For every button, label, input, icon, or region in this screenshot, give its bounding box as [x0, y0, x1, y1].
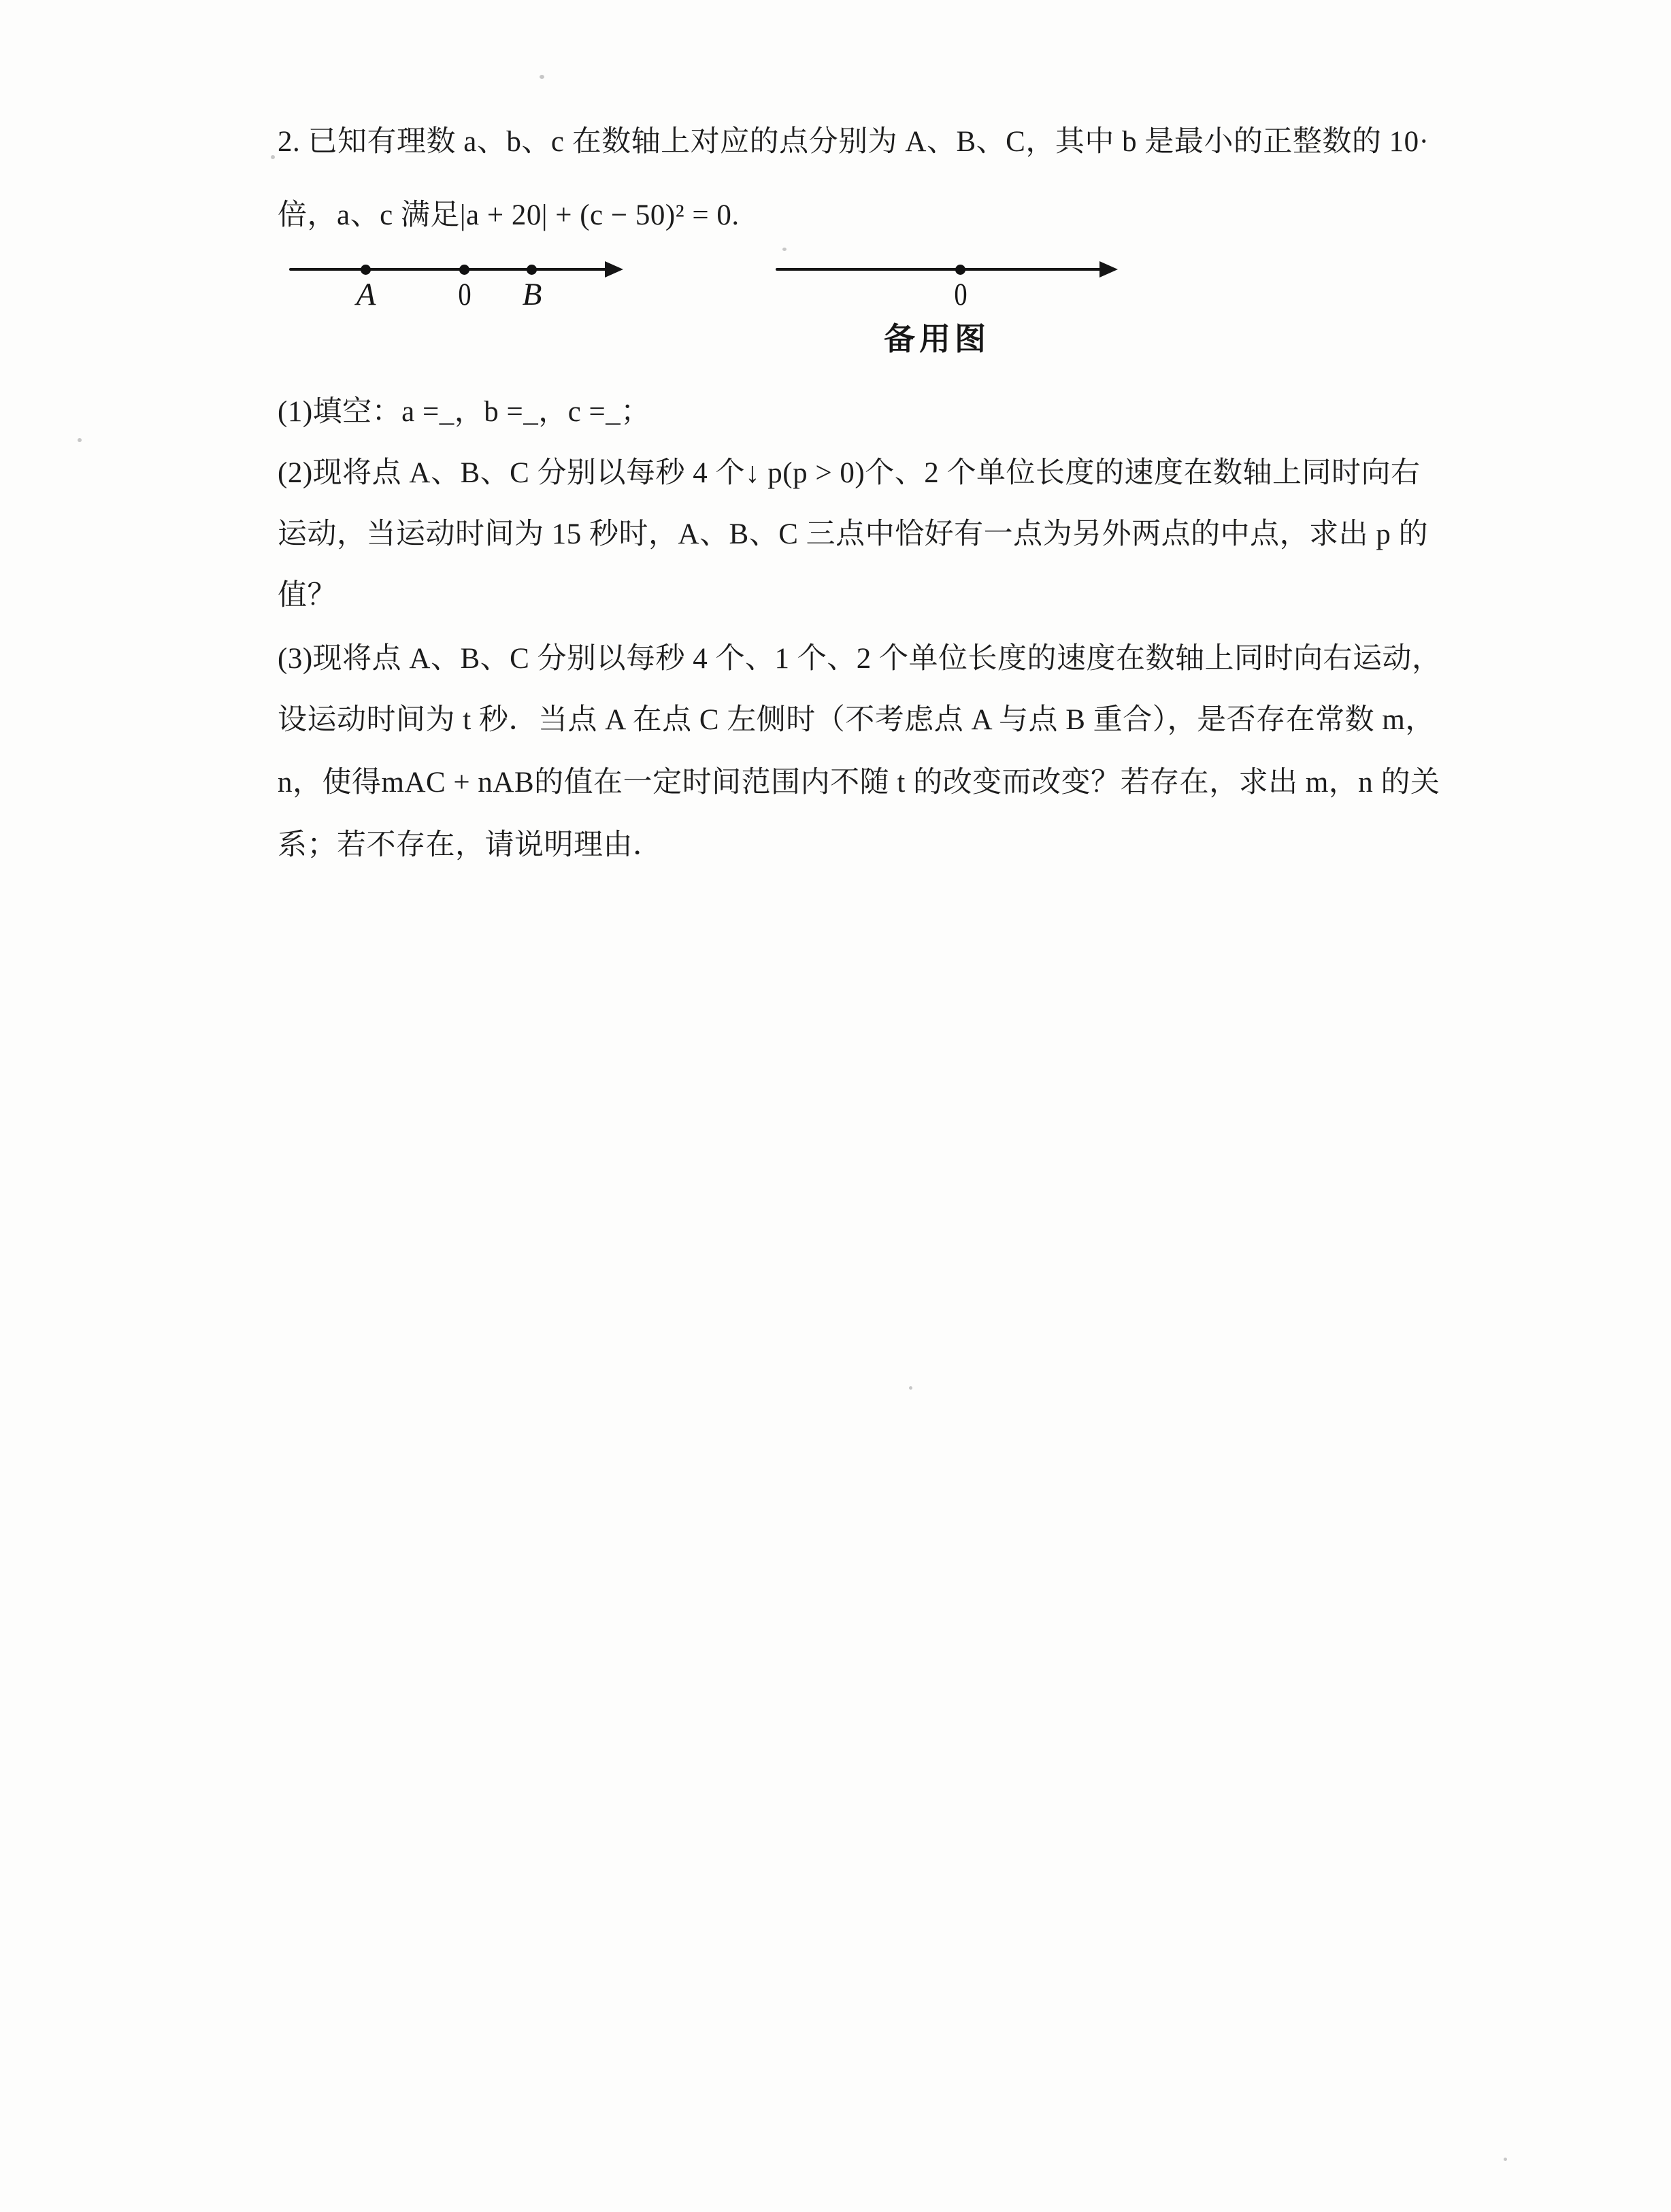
problem-intro-line-1: 2. 已知有理数 a、b、c 在数轴上对应的点分别为 A、B、C，其中 b 是最… — [278, 121, 1475, 163]
scan-speck — [540, 75, 544, 79]
part2-line-3: 值？ — [278, 575, 1475, 617]
problem-intro-line-2: 倍，a、c 满足|a + 20| + (c − 50)² = 0. — [278, 195, 1475, 237]
spare-axis-arrowhead-icon — [1099, 261, 1118, 278]
scan-speck — [271, 155, 275, 159]
point-marker-b — [527, 265, 537, 275]
scan-speck — [909, 1386, 912, 1390]
point-marker-a — [361, 265, 371, 275]
point-label-b: B — [512, 278, 552, 312]
scanned-page: 2. 已知有理数 a、b、c 在数轴上对应的点分别为 A、B、C，其中 b 是最… — [0, 0, 1671, 2212]
origin-label-spare: 0 — [944, 278, 977, 312]
point-marker-origin — [459, 265, 469, 275]
origin-label-main: 0 — [448, 278, 481, 312]
spare-point-marker-origin — [955, 265, 965, 275]
part1-line: (1)填空：a =_，b =_，c =_； — [278, 391, 1475, 433]
part2-line-1: (2)现将点 A、B、C 分别以每秒 4 个↓ p(p > 0)个、2 个单位长… — [278, 452, 1475, 495]
main-axis-line — [289, 268, 608, 271]
spare-figure-caption: 备用图 — [859, 314, 1015, 359]
part3-line-4: 系；若不存在，请说明理由． — [278, 824, 1475, 867]
main-axis-arrowhead-icon — [605, 261, 623, 278]
scan-speck — [78, 438, 82, 442]
part3-line-2: 设运动时间为 t 秒．当点 A 在点 C 左侧时（不考虑点 A 与点 B 重合）… — [278, 699, 1475, 741]
part2-line-2: 运动，当运动时间为 15 秒时，A、B、C 三点中恰好有一点为另外两点的中点，求… — [278, 514, 1475, 556]
point-label-a: A — [346, 278, 386, 312]
scan-speck — [1504, 2158, 1507, 2161]
part3-line-1: (3)现将点 A、B、C 分别以每秒 4 个、1 个、2 个单位长度的速度在数轴… — [278, 638, 1475, 680]
spare-axis-line — [776, 268, 1101, 271]
part3-line-3: n，使得mAC + nAB的值在一定时间范围内不随 t 的改变而改变？若存在，求… — [278, 762, 1475, 804]
scan-speck — [782, 248, 787, 251]
